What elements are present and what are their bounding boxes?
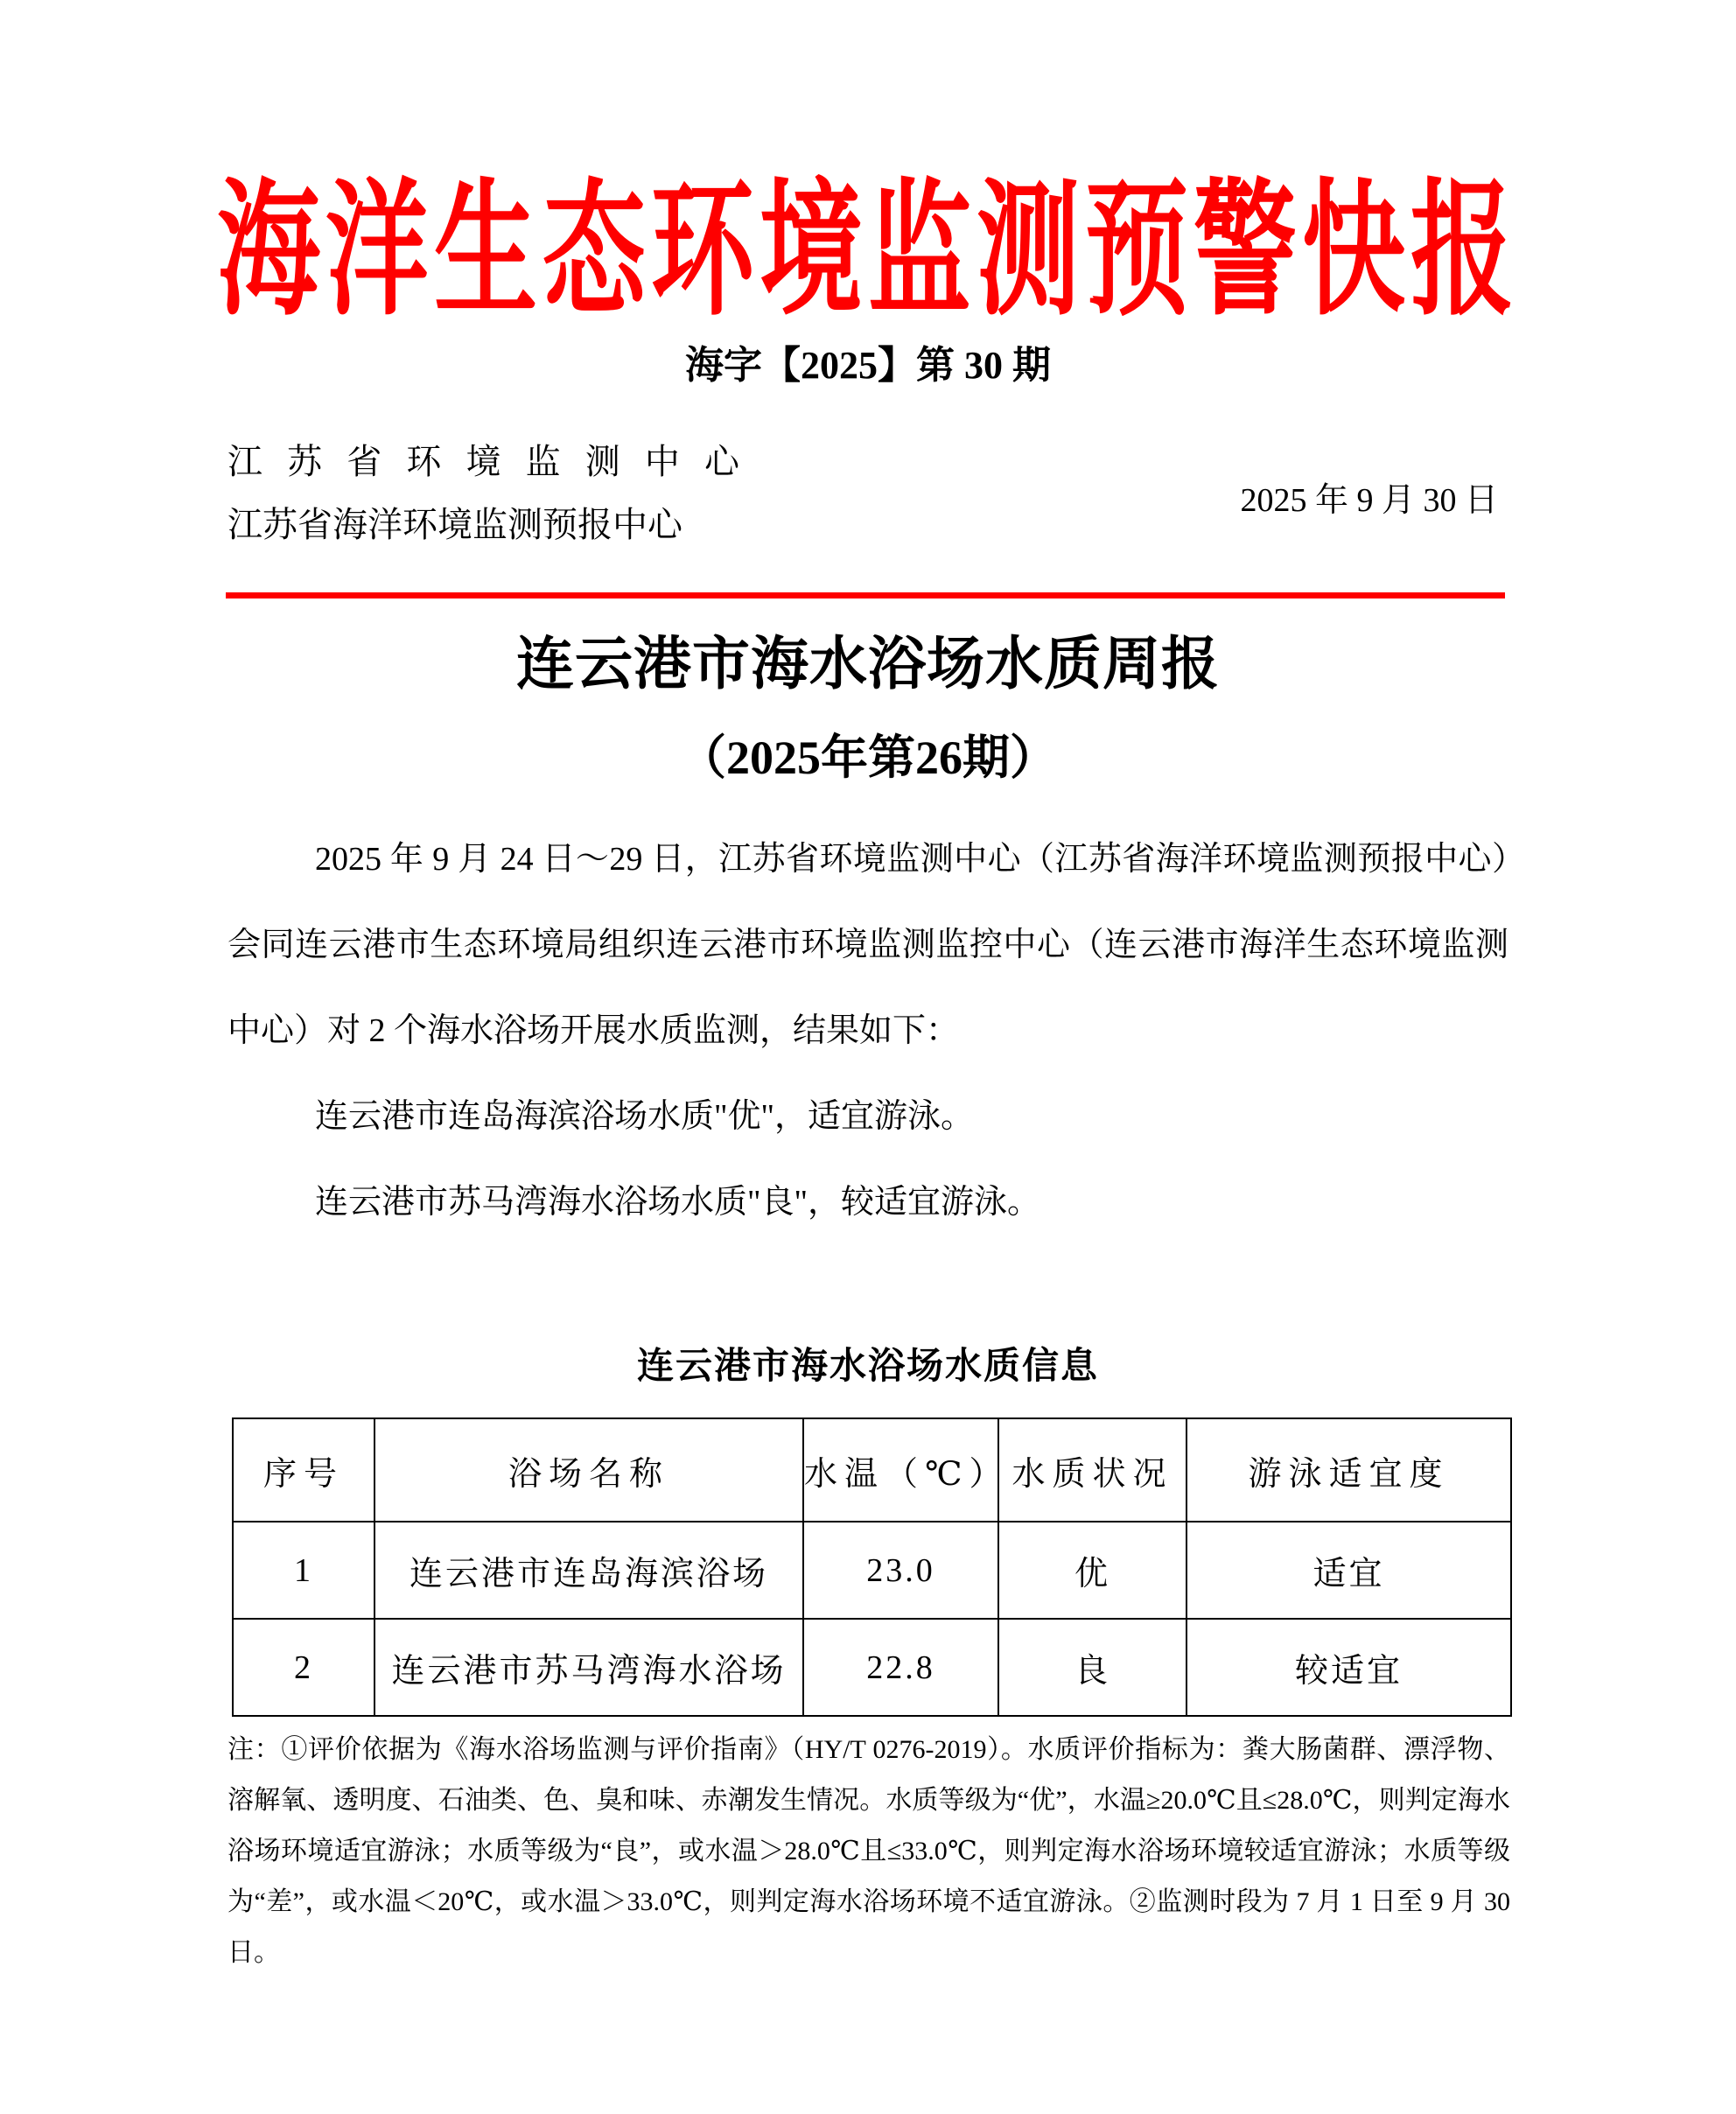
- table-cell: 优: [998, 1522, 1186, 1619]
- table-cell: 适宜: [1186, 1522, 1511, 1619]
- table-cell: 1: [233, 1522, 374, 1619]
- table-cell: 连云港市连岛海滨浴场: [374, 1522, 803, 1619]
- column-header: 水质状况: [998, 1418, 1186, 1522]
- water-quality-table: 序号浴场名称水温（℃）水质状况游泳适宜度 1连云港市连岛海滨浴场23.0优适宜2…: [232, 1417, 1512, 1717]
- table-cell: 23.0: [803, 1522, 998, 1619]
- column-header: 游泳适宜度: [1186, 1418, 1511, 1522]
- intro-paragraph: 2025 年 9 月 24 日～29 日，江苏省环境监测中心（江苏省海洋环境监测…: [227, 816, 1508, 1074]
- document-date: 2025 年 9 月 30 日: [1240, 472, 1508, 521]
- report-title: 连云港市海水浴场水质周报: [227, 632, 1508, 698]
- masthead-title: 海洋生态环境监测预警快报: [0, 133, 1736, 372]
- result-line-liandao: 连云港市连岛海滨浴场水质"优"，适宜游泳。: [227, 1074, 1508, 1159]
- table-cell: 连云港市苏马湾海水浴场: [374, 1619, 803, 1716]
- table-title: 连云港市海水浴场水质信息: [227, 1340, 1508, 1393]
- org-name-primary: 江苏省环境监测中心: [227, 430, 739, 493]
- document-page: 海洋生态环境监测预警快报 海字【2025】第 30 期 江苏省环境监测中心 江苏…: [0, 0, 1736, 2114]
- footnote-text: 注：①评价依据为《海水浴场监测与评价指南》（HY/T 0276-2019）。水质…: [227, 1725, 1510, 1978]
- table-header-row: 序号浴场名称水温（℃）水质状况游泳适宜度: [233, 1418, 1511, 1522]
- table-row: 1连云港市连岛海滨浴场23.0优适宜: [233, 1522, 1511, 1619]
- report-body: 2025 年 9 月 24 日～29 日，江苏省环境监测中心（江苏省海洋环境监测…: [227, 816, 1508, 1245]
- report-issue-subtitle: （2025年第26期）: [227, 728, 1508, 787]
- table-cell: 较适宜: [1186, 1619, 1511, 1716]
- table-cell: 22.8: [803, 1619, 998, 1716]
- issue-number-line: 海字【2025】第 30 期: [227, 343, 1508, 388]
- column-header: 水温（℃）: [803, 1418, 998, 1522]
- column-header: 浴场名称: [374, 1418, 803, 1522]
- header-divider-rule: [226, 592, 1505, 598]
- column-header: 序号: [233, 1418, 374, 1522]
- table-row: 2连云港市苏马湾海水浴场22.8良较适宜: [233, 1619, 1511, 1716]
- table-cell: 良: [998, 1619, 1186, 1716]
- result-line-sumawan: 连云港市苏马湾海水浴场水质"良"，较适宜游泳。: [227, 1159, 1508, 1245]
- org-name-secondary: 江苏省海洋环境监测预报中心: [227, 493, 739, 556]
- table-cell: 2: [233, 1619, 374, 1716]
- issuing-organizations: 江苏省环境监测中心 江苏省海洋环境监测预报中心: [227, 430, 739, 562]
- document-header: 江苏省环境监测中心 江苏省海洋环境监测预报中心 2025 年 9 月 30 日: [227, 430, 1508, 562]
